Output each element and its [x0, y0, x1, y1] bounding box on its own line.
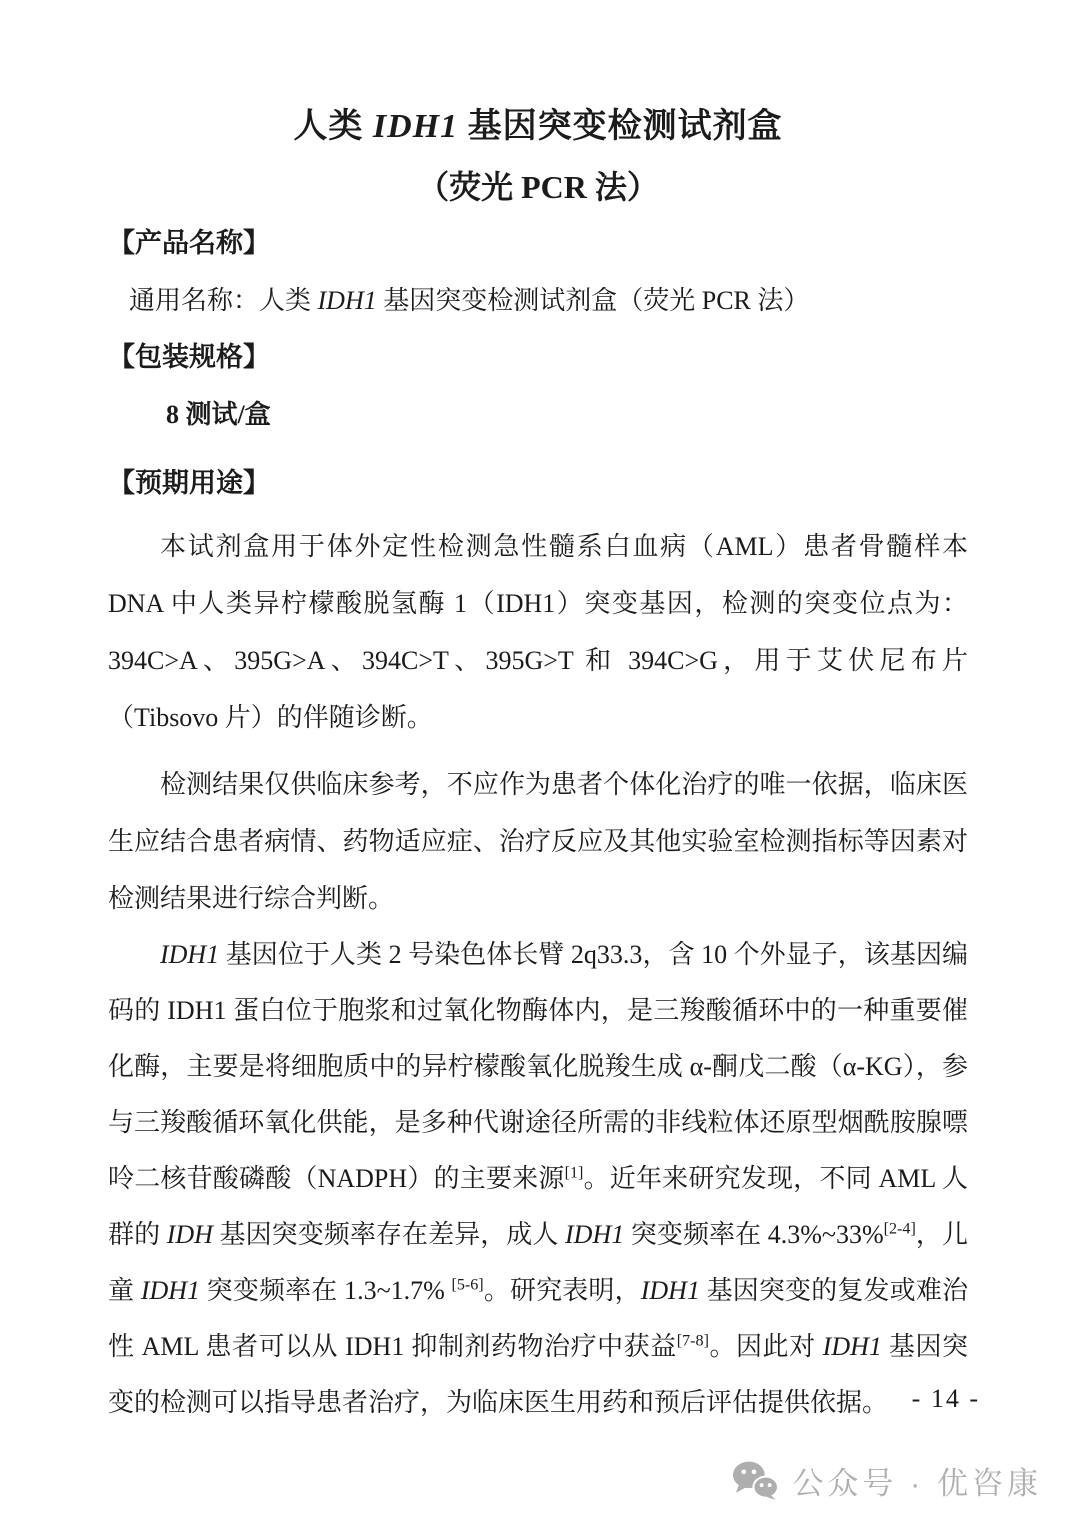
intended-use-paragraph-3: IDH1 基因位于人类 2 号染色体长臂 2q33.3，含 10 个外显子，该基… — [108, 927, 968, 1431]
document-subtitle: （荧光 PCR 法） — [108, 162, 968, 212]
section-heading-product-name: 【产品名称】 — [108, 215, 968, 272]
document-title: 人类 IDH1 基因突变检测试剂盒 — [108, 102, 968, 152]
watermark-text: 公众号 · 优咨康 — [792, 1458, 1042, 1503]
section-heading-intended-use: 【预期用途】 — [108, 455, 968, 512]
page-number: - 14 - — [912, 1384, 980, 1414]
document-page: 人类 IDH1 基因突变检测试剂盒 （荧光 PCR 法） 【产品名称】 通用名称… — [0, 0, 1080, 1527]
section-heading-pack-spec: 【包装规格】 — [108, 329, 968, 386]
watermark: 公众号 · 优咨康 — [732, 1458, 1042, 1503]
intended-use-paragraph-2: 检测结果仅供临床参考，不应作为患者个体化治疗的唯一依据，临床医生应结合患者病情、… — [108, 756, 968, 927]
intended-use-paragraph-1: 本试剂盒用于体外定性检测急性髓系白血病（AML）患者骨髓样本 DNA 中人类异柠… — [108, 518, 968, 746]
generic-name-line: 通用名称：人类 IDH1 基因突变检测试剂盒（荧光 PCR 法） — [108, 272, 968, 329]
wechat-icon — [732, 1461, 779, 1500]
pack-spec-value: 8 测试/盒 — [108, 386, 968, 443]
